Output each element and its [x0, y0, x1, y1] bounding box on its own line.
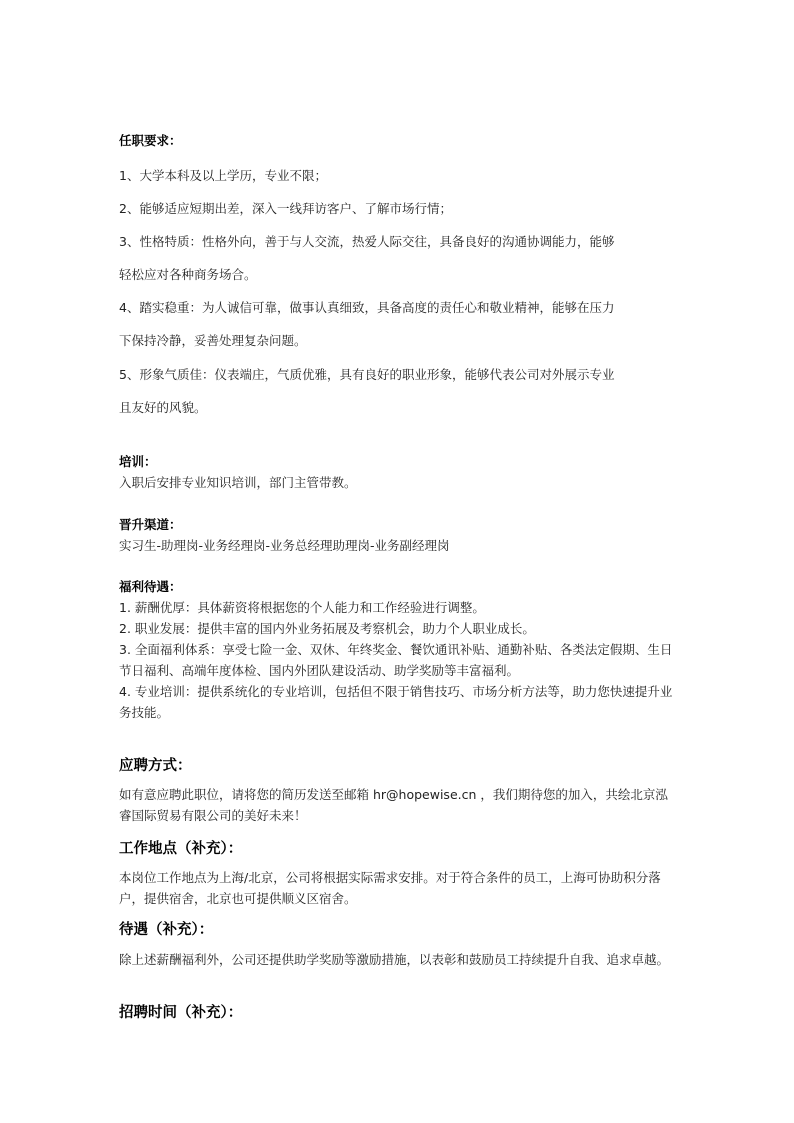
apply-heading: 应聘方式：	[119, 754, 192, 775]
benefit-item: 1. 薪酬优厚：具体薪资将根据您的个人能力和工作经验进行调整。	[119, 597, 679, 618]
apply-text: 如有意应聘此职位，请将您的简历发送至邮箱 hr@hopewise.cn ，我们期…	[119, 784, 679, 826]
training-text: 入职后安排专业知识培训，部门主管带教。	[119, 473, 357, 491]
benefit-item: 2. 职业发展：提供丰富的国内外业务拓展及考察机会，助力个人职业成长。	[119, 618, 679, 639]
requirement-line: 下保持冷静，妥善处理复杂问题。	[119, 331, 307, 349]
benefits-heading: 福利待遇：	[119, 577, 182, 595]
requirement-line: 且友好的风貌。	[119, 398, 207, 416]
requirement-line: 2、能够适应短期出差，深入一线拜访客户、了解市场行情；	[119, 199, 452, 217]
requirement-line: 3、性格特质：性格外向，善于与人交流，热爱人际交往，具备良好的沟通协调能力，能够	[119, 232, 614, 250]
recruit-time-heading: 招聘时间（补充）：	[119, 1001, 242, 1022]
email-link[interactable]: hr@hopewise.cn	[373, 787, 476, 802]
requirement-line: 1、大学本科及以上学历，专业不限；	[119, 166, 327, 184]
benefits-list: 1. 薪酬优厚：具体薪资将根据您的个人能力和工作经验进行调整。 2. 职业发展：…	[119, 597, 679, 723]
requirement-line: 4、踏实稳重：为人诚信可靠，做事认真细致，具备高度的责任心和敬业精神，能够在压力	[119, 298, 614, 316]
benefit-item: 3. 全面福利体系：享受七险一金、双休、年终奖金、餐饮通讯补贴、通勤补贴、各类法…	[119, 639, 679, 681]
treatment-heading: 待遇（补充）：	[119, 918, 213, 939]
location-text: 本岗位工作地点为上海/北京，公司将根据实际需求安排。对于符合条件的员工，上海可协…	[119, 867, 679, 909]
requirement-line: 5、形象气质佳：仪表端庄，气质优雅，具有良好的职业形象，能够代表公司对外展示专业	[119, 365, 614, 383]
location-heading: 工作地点（补充）：	[119, 837, 242, 858]
promotion-text: 实习生-助理岗-业务经理岗-业务总经理助理岗-业务副经理岗	[119, 536, 450, 554]
requirement-line: 轻松应对各种商务场合。	[119, 265, 257, 283]
apply-text-before: 如有意应聘此职位，请将您的简历发送至邮箱	[119, 787, 373, 802]
requirements-heading: 任职要求：	[119, 131, 182, 149]
treatment-text: 除上述薪酬福利外，公司还提供助学奖励等激励措施，以表彰和鼓励员工持续提升自我、追…	[119, 949, 679, 970]
benefit-item: 4. 专业培训：提供系统化的专业培训，包括但不限于销售技巧、市场分析方法等，助力…	[119, 681, 679, 723]
training-heading: 培训：	[119, 452, 157, 470]
promotion-heading: 晋升渠道：	[119, 515, 182, 533]
